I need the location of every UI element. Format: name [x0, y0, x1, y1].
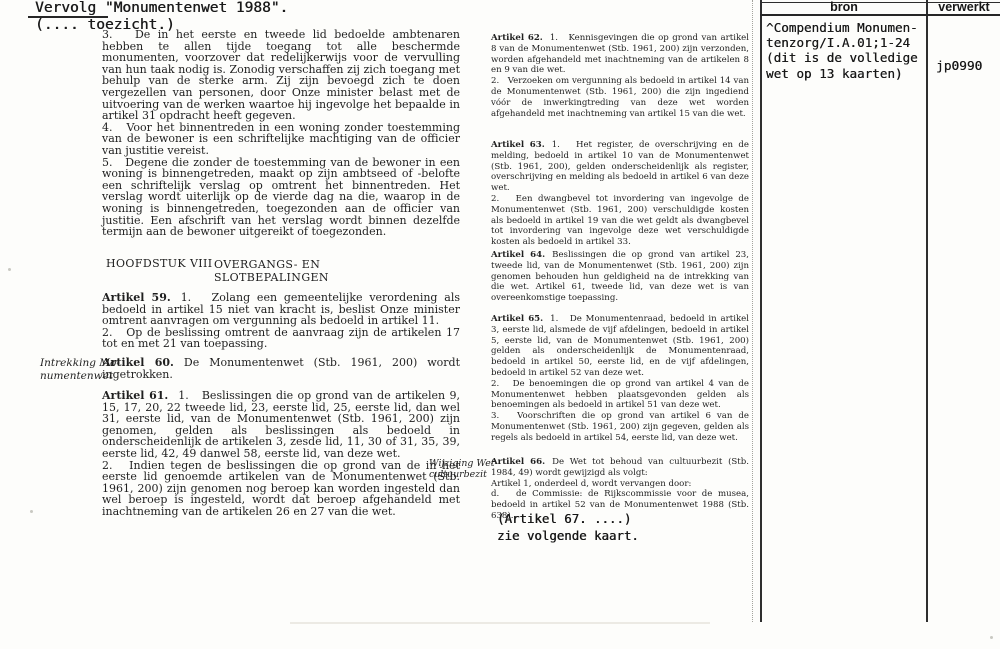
article-64-text: Artikel 64.Beslissingen die op grond van… — [491, 250, 749, 304]
article-62-label: Artikel 62. — [491, 33, 543, 43]
sidebar-header-underline — [760, 14, 1000, 16]
scan-speck — [990, 636, 993, 639]
chapter-title: OVERGANGS- EN SLOTBEPALINGEN — [214, 258, 329, 284]
article-63-item-1: Artikel 63.1. Het register, de overschri… — [491, 140, 749, 194]
margin-note-intrekking-line1: Intrekking Mo- — [40, 357, 120, 370]
card-title-rest: "Monumentenwet 1988". — [96, 0, 288, 16]
margin-note-wijziging-line2: cultuurbezit — [429, 469, 495, 480]
paragraph-3: 3. De in het eerste en tweede lid bedoel… — [102, 29, 460, 122]
bron-line: tenzorg/I.A.01;1-24 — [766, 35, 926, 50]
scanned-law-card: Vervolg "Monumentenwet 1988". (.... toez… — [0, 0, 1000, 649]
paragraphs-3-4-5: 3. De in het eerste en tweede lid bedoel… — [102, 29, 460, 238]
article-64-label: Artikel 64. — [491, 250, 545, 260]
article-60: Artikel 60.De Monumentenwet (Stb. 1961, … — [102, 357, 460, 380]
article-62-item-1: Artikel 62.1. Kennisgevingen die op gron… — [491, 33, 749, 76]
article-59-item-2: 2. Op de beslissing omtrent de aanvraag … — [102, 327, 460, 350]
typed-artikel-67-line2: zie volgende kaart. — [497, 528, 639, 545]
chapter-heading: HOOFDSTUK VIII OVERGANGS- EN SLOTBEPALIN… — [102, 258, 464, 284]
article-59: Artikel 59.1. Zolang een gemeentelijke v… — [102, 292, 460, 350]
article-61-item-1-text: 1. Beslissingen die op grond van de arti… — [102, 389, 460, 460]
article-64: Artikel 64.Beslissingen die op grond van… — [491, 250, 749, 304]
article-65: Artikel 65.1. De Monumentenraad, bedoeld… — [491, 314, 749, 444]
margin-note-intrekking-line2: numentenwet — [40, 370, 120, 383]
article-66-line2: Artikel 1, onderdeel d, wordt vervangen … — [491, 479, 749, 490]
sidebar-column-divider-line — [926, 0, 928, 622]
chapter-title-line1: OVERGANGS- EN — [214, 258, 329, 271]
article-66-label: Artikel 66. — [491, 457, 545, 467]
typed-artikel-67-line1: (Artikel 67. ....) — [497, 511, 639, 528]
verwerkt-column-header: verwerkt — [928, 0, 1000, 14]
article-65-label: Artikel 65. — [491, 314, 543, 324]
margin-note-wijziging-line1: Wijziging Wet — [429, 458, 495, 469]
title-overline-rule — [28, 16, 108, 18]
article-65-item-2: 2. De benoemingen die op grond van artik… — [491, 379, 749, 411]
sidebar-left-line — [760, 0, 762, 622]
card-title-underlined-word: Vervolg — [35, 0, 96, 18]
paragraph-4: 4. Voor het binnentreden in een woning z… — [102, 122, 460, 157]
card-title-line1: Vervolg "Monumentenwet 1988". — [35, 1, 288, 17]
article-65-item-1: Artikel 65.1. De Monumentenraad, bedoeld… — [491, 314, 749, 379]
article-63: Artikel 63.1. Het register, de overschri… — [491, 140, 749, 248]
scan-smudge-line — [290, 622, 710, 624]
article-62-item-2: 2. Verzoeken om vergunning als bedoeld i… — [491, 76, 749, 119]
sidebar-outer-dotted-line — [752, 0, 753, 622]
article-63-label: Artikel 63. — [491, 140, 545, 150]
article-61: Artikel 61.1. Beslissingen die op grond … — [102, 390, 460, 518]
article-62: Artikel 62.1. Kennisgevingen die op gron… — [491, 33, 749, 119]
scan-speck — [8, 268, 11, 271]
verwerkt-cell-value: jp0990 — [936, 59, 982, 74]
article-61-item-2: 2. Indien tegen de beslissingen die op g… — [102, 460, 460, 518]
scan-speck — [30, 510, 33, 513]
bron-line: wet op 13 kaarten) — [766, 66, 926, 81]
paragraph-5: 5. Degene die zonder de toestemming van … — [102, 157, 460, 238]
bron-cell-value: ^Compendium Monumen- tenzorg/I.A.01;1-24… — [766, 20, 926, 81]
bron-line: (dit is de volledige — [766, 50, 926, 65]
bron-line: ^Compendium Monumen- — [766, 20, 926, 35]
article-61-item-1: Artikel 61.1. Beslissingen die op grond … — [102, 390, 460, 460]
article-60-text: Artikel 60.De Monumentenwet (Stb. 1961, … — [102, 357, 460, 380]
margin-note-intrekking: Intrekking Mo- numentenwet — [40, 357, 120, 382]
chapter-number: HOOFDSTUK VIII — [106, 258, 214, 284]
article-66-intro: Artikel 66.De Wet tot behoud van cultuur… — [491, 457, 749, 479]
article-59-item-1: Artikel 59.1. Zolang een gemeentelijke v… — [102, 292, 460, 327]
bron-column-header: bron — [762, 0, 926, 14]
chapter-title-line2: SLOTBEPALINGEN — [214, 271, 329, 284]
margin-note-wijziging: Wijziging Wet cultuurbezit — [429, 458, 495, 480]
article-65-item-3: 3. Voorschriften die op grond van artike… — [491, 411, 749, 443]
article-63-item-2: 2. Een dwangbevel tot invordering van in… — [491, 194, 749, 248]
typed-artikel-67-note: (Artikel 67. ....) zie volgende kaart. — [497, 511, 639, 544]
